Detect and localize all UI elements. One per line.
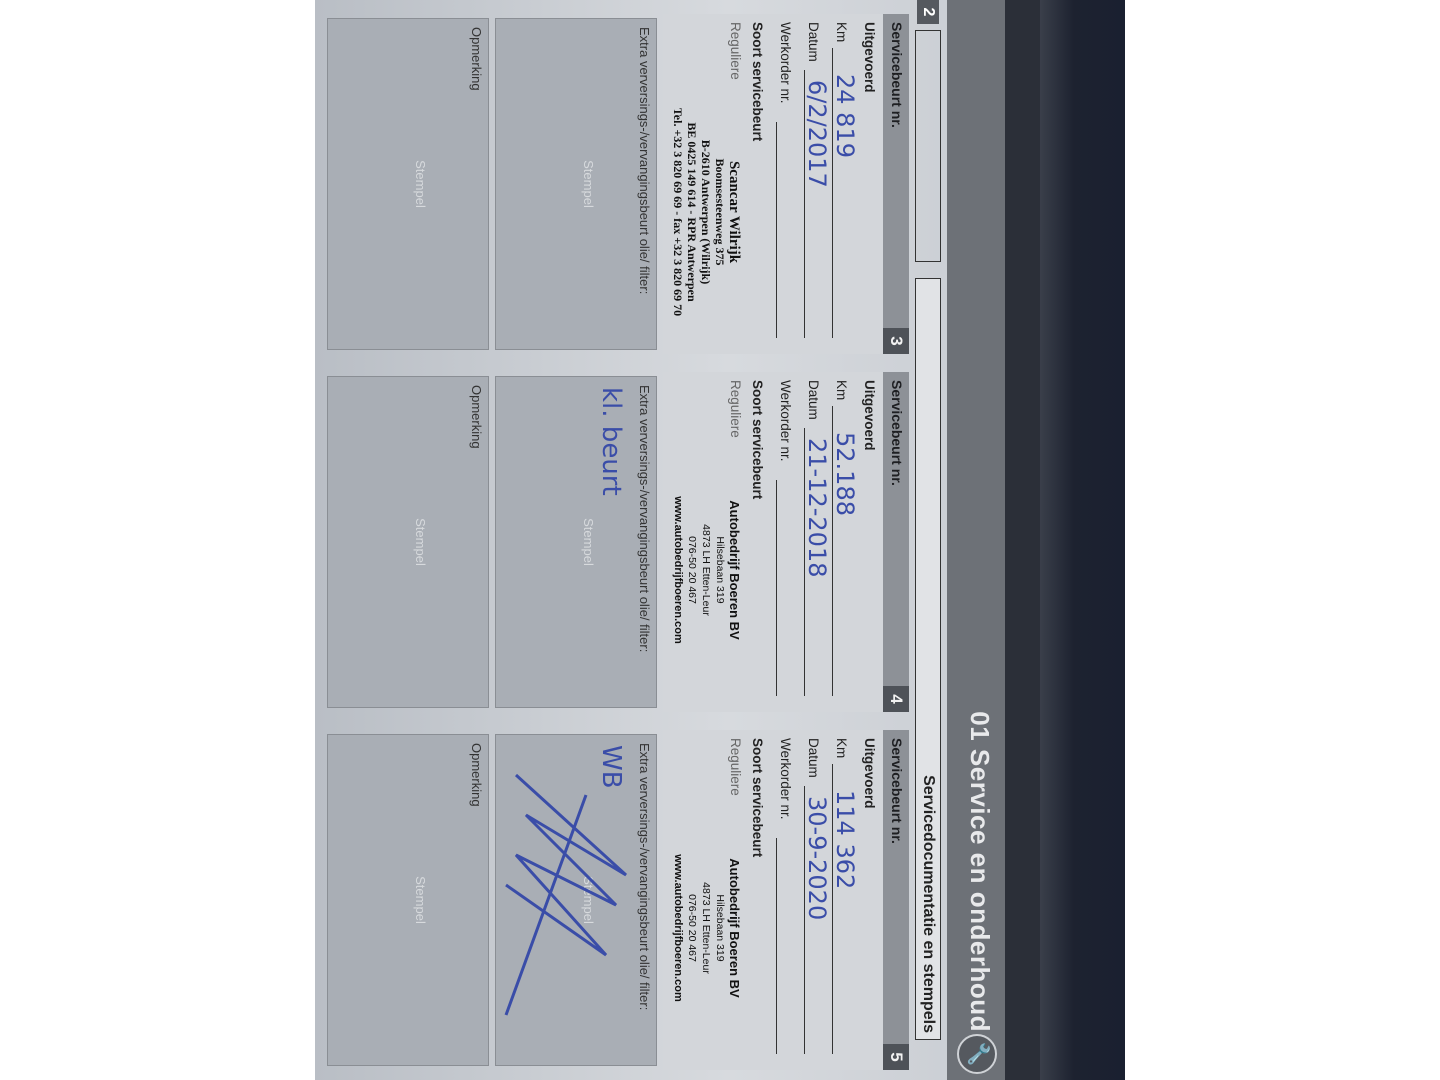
- service-nr-label: Servicebeurt nr.: [889, 738, 905, 844]
- regular-label: Reguliere: [728, 738, 743, 796]
- service-type-label: Soort servicebeurt: [750, 738, 765, 857]
- entry-form: Uitgevoerd Km 24 819 Datum 6/2/2017 Werk…: [663, 14, 883, 354]
- extra-service-label: Extra verversings-/vervangingsbeurt olie…: [637, 27, 652, 294]
- date-label: Datum: [806, 380, 821, 420]
- performed-label: Uitgevoerd: [862, 380, 877, 451]
- entry-form: Uitgevoerd Km 52.188 Datum 21-12-2018 We…: [663, 372, 883, 712]
- handwritten-note: kl. beurt: [596, 387, 626, 496]
- stamp-placeholder: Stempel: [581, 19, 596, 349]
- dealer-line: Hilsebaan 319: [713, 450, 727, 690]
- work-order-label: Werkorder nr.: [778, 380, 793, 462]
- previous-page-title-box: [915, 30, 941, 262]
- km-label: Km: [834, 22, 849, 42]
- entry-header: Servicebeurt nr. 4: [883, 372, 909, 712]
- service-entry-5: Servicebeurt nr. 5 Uitgevoerd Km 114 362…: [319, 730, 909, 1070]
- dealer-line: BE 0425 149 614 - RPR Antwerpen: [685, 92, 699, 332]
- stamp-placeholder: Stempel: [413, 19, 428, 349]
- extra-service-box: Extra verversings-/vervangingsbeurt olie…: [495, 376, 657, 708]
- regular-label: Reguliere: [728, 22, 743, 80]
- entry-header: Servicebeurt nr. 5: [883, 730, 909, 1070]
- dealer-line: 076-50 20 467: [685, 450, 699, 690]
- work-order-label: Werkorder nr.: [778, 22, 793, 104]
- extra-service-label: Extra verversings-/vervangingsbeurt olie…: [637, 385, 652, 652]
- dealer-line: 076-50 20 467: [685, 808, 699, 1048]
- remark-box: Opmerking Stempel: [327, 734, 489, 1066]
- date-label: Datum: [806, 738, 821, 778]
- remark-label: Opmerking: [469, 385, 484, 449]
- work-order-line: [776, 122, 777, 338]
- dealer-name: Autobedrijf Boeren BV: [727, 808, 741, 1048]
- dealer-stamp: Scancar Wilrijk Boomsesteenweg 375 B-261…: [671, 92, 741, 332]
- section-title: Servicedocumentatie en stempels: [919, 775, 937, 1033]
- performed-label: Uitgevoerd: [862, 738, 877, 809]
- dealer-line: Hilsebaan 319: [713, 808, 727, 1048]
- remark-label: Opmerking: [469, 743, 484, 807]
- dealer-name: Scancar Wilrijk: [727, 92, 741, 332]
- date-value: 21-12-2018: [803, 438, 831, 577]
- date-value: 6/2/2017: [803, 80, 831, 188]
- entry-form: Uitgevoerd Km 114 362 Datum 30-9-2020 We…: [663, 730, 883, 1070]
- km-label: Km: [834, 380, 849, 400]
- dealer-line: Tel. +32 3 820 69 69 - fax +32 3 820 69 …: [671, 92, 685, 332]
- work-order-line: [776, 838, 777, 1054]
- service-type-label: Soort servicebeurt: [750, 22, 765, 141]
- dealer-name: Autobedrijf Boeren BV: [727, 450, 741, 690]
- dealer-line: B-2610 Antwerpen (Wilrijk): [699, 92, 713, 332]
- date-label: Datum: [806, 22, 821, 62]
- entry-header: Servicebeurt nr. 3: [883, 14, 909, 354]
- dealer-line: Boomsesteenweg 375: [713, 92, 727, 332]
- service-nr-label: Servicebeurt nr.: [889, 22, 905, 128]
- wrench-logo-icon: 🔧: [957, 1034, 997, 1074]
- remark-box: Opmerking Stempel: [327, 376, 489, 708]
- km-value: 114 362: [831, 790, 859, 889]
- extra-service-box: Extra verversings-/vervangingsbeurt olie…: [495, 734, 657, 1066]
- dealer-line: 4873 LH Etten-Leur: [699, 450, 713, 690]
- dealer-stamp: Autobedrijf Boeren BV Hilsebaan 319 4873…: [671, 450, 741, 690]
- date-value: 30-9-2020: [803, 796, 831, 920]
- km-value: 24 819: [831, 74, 859, 158]
- service-number: 5: [883, 1044, 909, 1070]
- stamp-placeholder: Stempel: [581, 377, 596, 707]
- regular-label: Reguliere: [728, 380, 743, 438]
- work-order-label: Werkorder nr.: [778, 738, 793, 820]
- extra-service-box: Extra verversings-/vervangingsbeurt olie…: [495, 18, 657, 350]
- km-label: Km: [834, 738, 849, 758]
- section-title-box: Servicedocumentatie en stempels: [915, 278, 941, 1040]
- page-title: 01 Service en onderhoud: [964, 711, 995, 1032]
- stamp-placeholder: Stempel: [413, 377, 428, 707]
- seat-fabric: [1040, 0, 1125, 1080]
- signature-scribble: [496, 755, 646, 1055]
- dealer-line: 4873 LH Etten-Leur: [699, 808, 713, 1048]
- performed-label: Uitgevoerd: [862, 22, 877, 93]
- header-band: 01 Service en onderhoud 🔧: [947, 0, 1005, 1080]
- service-nr-label: Servicebeurt nr.: [889, 380, 905, 486]
- service-type-label: Soort servicebeurt: [750, 380, 765, 499]
- dealer-line: www.autobedrijfboeren.com: [671, 808, 685, 1048]
- service-entry-3: Servicebeurt nr. 3 Uitgevoerd Km 24 819 …: [319, 14, 909, 354]
- dealer-stamp: Autobedrijf Boeren BV Hilsebaan 319 4873…: [671, 808, 741, 1048]
- stamp-placeholder: Stempel: [413, 735, 428, 1065]
- work-order-line: [776, 480, 777, 696]
- km-value: 52.188: [831, 432, 859, 516]
- service-entry-4: Servicebeurt nr. 4 Uitgevoerd Km 52.188 …: [319, 372, 909, 712]
- previous-column-number: 2: [917, 0, 939, 24]
- service-number: 4: [883, 686, 909, 712]
- service-booklet-page: 01 Service en onderhoud 🔧 2 Servicedocum…: [315, 0, 1005, 1080]
- service-number: 3: [883, 328, 909, 354]
- dealer-line: www.autobedrijfboeren.com: [671, 450, 685, 690]
- remark-box: Opmerking Stempel: [327, 18, 489, 350]
- remark-label: Opmerking: [469, 27, 484, 91]
